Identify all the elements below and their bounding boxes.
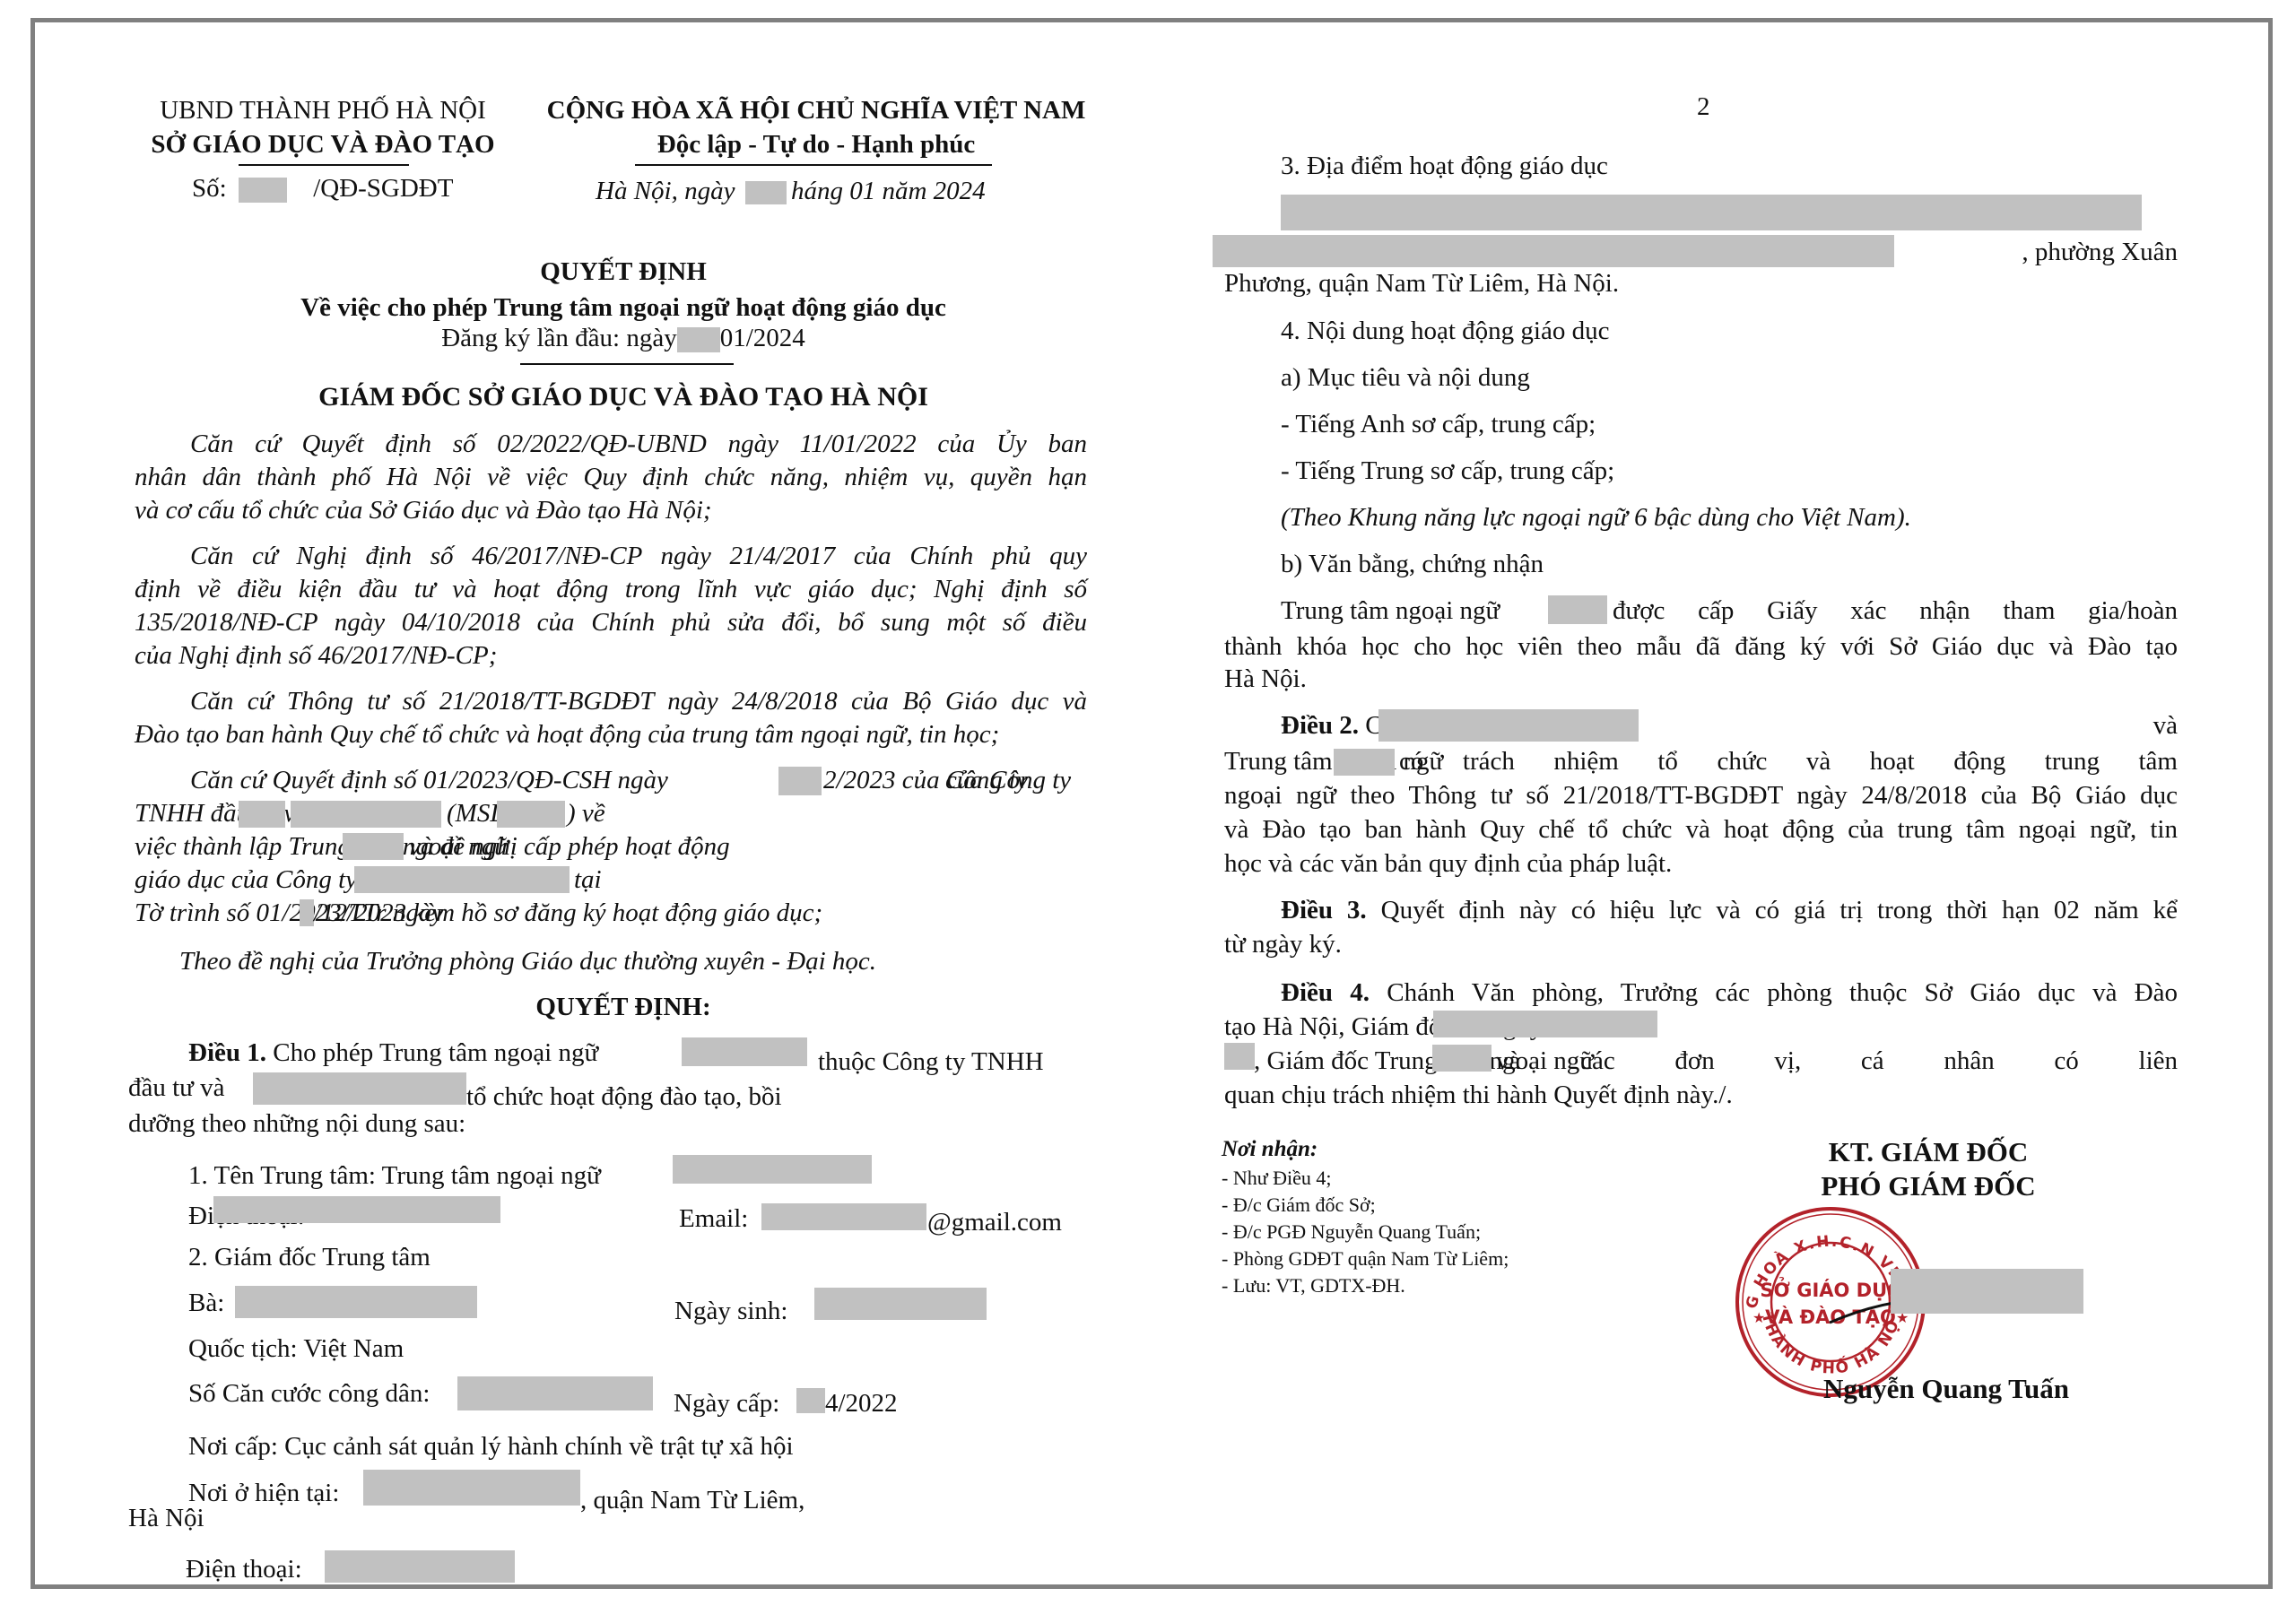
phone-label-2: Điện thoại: [186, 1554, 302, 1584]
cert-text: thành khóa học cho học viên theo mẫu đã … [1224, 631, 2178, 662]
document-number: Số: /QĐ-SGDĐT [192, 173, 453, 204]
redacted-issue-date [796, 1388, 825, 1413]
signature-title-2: PHÓ GIÁM ĐỐC [1758, 1171, 2099, 1202]
content-item: - Tiếng Trung sơ cấp, trung cấp; [1281, 456, 1614, 486]
header-right-underline [635, 164, 992, 166]
article-3-text: từ ngày ký. [1224, 929, 1342, 959]
preamble-p4-text: của Công ty [945, 765, 1071, 795]
preamble-p2-line: Căn cứ Nghị định số 46/2017/NĐ-CP ngày 2… [190, 541, 1087, 571]
center-name-label: 1. Tên Trung tâm: Trung tâm ngoại ngữ [188, 1160, 601, 1191]
redacted-center-name [682, 1037, 807, 1066]
article-4-text: và các đơn vị, cá nhân có liên [1496, 1046, 2178, 1076]
preamble-p3-line: Đào tạo ban hành Quy chế tổ chức và hoạt… [135, 719, 1087, 750]
location-ward: , phường Xuân [1892, 237, 2178, 267]
content-item: - Tiếng Anh sơ cấp, trung cấp; [1281, 409, 1596, 439]
redacted-company [354, 866, 570, 893]
agency-parent: UBND THÀNH PHỐ HÀ NỘI [143, 95, 502, 126]
preamble-p2-line: định về điều kiện đầu tư và hoạt động tr… [135, 574, 1087, 604]
decision-heading: QUYẾT ĐỊNH [143, 256, 1103, 287]
redacted-company [1378, 709, 1639, 742]
header-left-underline [239, 164, 409, 166]
recipient-item: - Đ/c PGĐ Nguyễn Quang Tuấn; [1222, 1219, 1481, 1244]
redacted-company [239, 801, 285, 828]
national-motto: Độc lập - Tự do - Hạnh phúc [529, 129, 1103, 160]
article-2-text: có trách nhiệm tổ chức và hoạt động trun… [1399, 746, 2178, 777]
redacted-center-name [1334, 749, 1395, 776]
preamble-p4-text: /12/2023 kèm hồ sơ đăng ký hoạt động giá… [314, 898, 822, 928]
location-district: Phương, quận Nam Từ Liêm, Hà Nội. [1224, 268, 1619, 299]
authority-title: GIÁM ĐỐC SỞ GIÁO DỤC VÀ ĐÀO TẠO HÀ NỘI [143, 382, 1103, 412]
redacted-center-name [343, 833, 404, 860]
redacted-company [253, 1072, 466, 1105]
redacted-center-name [1432, 1045, 1492, 1072]
redacted-email [761, 1203, 926, 1230]
redacted-date [300, 899, 314, 926]
redacted-phone [213, 1196, 500, 1223]
preamble-p4-text: và đề nghị cấp phép hoạt động [409, 831, 730, 862]
signer-name: Nguyễn Quang Tuấn [1785, 1374, 2108, 1404]
decision-heading-2: QUYẾT ĐỊNH: [143, 992, 1103, 1022]
registration-date: Đăng ký lần đầu: ngày01/2024 [143, 323, 1103, 353]
article-2-text: học và các văn bản quy định của pháp luậ… [1224, 848, 1672, 879]
redacted-company [1224, 1043, 1255, 1070]
preamble-p5: Theo đề nghị của Trưởng phòng Giáo dục t… [179, 946, 876, 976]
national-title: CỘNG HÒA XÃ HỘI CHỦ NGHĨA VIỆT NAM [529, 95, 1103, 126]
preamble-p4-text: ) về [567, 798, 605, 829]
address-city: Hà Nội [128, 1503, 204, 1533]
email-label: Email: [679, 1203, 748, 1234]
redacted-number [239, 178, 287, 203]
recipient-item: - Đ/c Giám đốc Sở; [1222, 1193, 1376, 1217]
recipients-heading: Nơi nhận: [1222, 1137, 1318, 1161]
preamble-p4-line: Căn cứ Quyết định số 01/2023/QĐ-CSH ngày [190, 765, 668, 795]
agency-name: SỞ GIÁO DỤC VÀ ĐÀO TẠO [143, 129, 502, 160]
preamble-p1-line: và cơ cấu tổ chức của Sở Giáo dục và Đào… [135, 495, 712, 525]
redacted-reg-day [677, 327, 720, 352]
preamble-p1-line: Căn cứ Quyết định số 02/2022/QĐ-UBND ngà… [190, 429, 1087, 459]
redacted-dob [814, 1288, 987, 1320]
signature-title-1: KT. GIÁM ĐỐC [1758, 1137, 2099, 1167]
content-heading: 4. Nội dung hoạt động giáo dục [1281, 316, 1609, 346]
article-1-text: thuộc Công ty TNHH [818, 1046, 1044, 1077]
issue-date-value: 4/2022 [825, 1388, 898, 1419]
redacted-tax-id [497, 801, 565, 828]
content-b: b) Văn bằng, chứng nhận [1281, 549, 1544, 579]
issue-place: Nơi cấp: Cục cảnh sát quản lý hành chính… [188, 1431, 794, 1462]
recipient-item: - Lưu: VT, GDTX-ĐH. [1222, 1273, 1405, 1298]
issue-date: Hà Nội, ngày háng 01 năm 2024 [596, 176, 986, 206]
article-2-text: ngoại ngữ theo Thông tư số 21/2018/TT-BG… [1224, 780, 2178, 811]
redacted-day [745, 181, 787, 204]
redacted-company [291, 801, 441, 828]
redacted-location [1213, 235, 1894, 267]
article-3-label: Điều 3. [1281, 896, 1367, 924]
id-label: Số Căn cước công dân: [188, 1378, 430, 1409]
email-domain: @gmail.com [927, 1207, 1062, 1237]
decision-subject: Về việc cho phép Trung tâm ngoại ngữ hoạ… [143, 292, 1103, 323]
article-4-text: quan chịu trách nhiệm thi hành Quyết địn… [1224, 1080, 1733, 1110]
article-2-label: Điều 2. [1281, 711, 1359, 740]
redacted-address [363, 1470, 580, 1506]
article-1-label: Điều 1. [188, 1038, 266, 1067]
article-4-line: Điều 4. Chánh Văn phòng, Trưởng các phòn… [1281, 977, 2178, 1008]
redacted-signature [1891, 1269, 2083, 1314]
cert-text: Trung tâm ngoại ngữ [1281, 595, 1500, 626]
recipient-item: - Phòng GDĐT quận Nam Từ Liêm; [1222, 1246, 1509, 1271]
preamble-p2-line: của Nghị định số 46/2017/NĐ-CP; [135, 640, 497, 671]
preamble-p2-line: 135/2018/NĐ-CP ngày 04/10/2018 của Chính… [135, 607, 1087, 638]
redacted-center-name [673, 1155, 872, 1184]
article-1-line: Điều 1. Cho phép Trung tâm ngoại ngữ [188, 1037, 598, 1068]
article-1-text: tổ chức hoạt động đào tạo, bồi [466, 1081, 782, 1112]
framework-note: (Theo Khung năng lực ngoại ngữ 6 bậc dùn… [1281, 502, 1911, 533]
preamble-p1-line: nhân dân thành phố Hà Nội về việc Quy đị… [135, 462, 1087, 492]
nationality: Quốc tịch: Việt Nam [188, 1333, 404, 1364]
page-number: 2 [1697, 91, 1710, 122]
dob-label: Ngày sinh: [674, 1296, 787, 1326]
content-a: a) Mục tiêu và nội dung [1281, 362, 1530, 393]
redacted-company [1433, 1011, 1657, 1037]
redacted-director-name [235, 1286, 477, 1318]
recipient-item: - Như Điều 4; [1222, 1166, 1332, 1190]
article-4-label: Điều 4. [1281, 978, 1370, 1007]
director-heading: 2. Giám đốc Trung tâm [188, 1242, 430, 1272]
svg-text:★: ★ [1752, 1311, 1765, 1326]
redacted-id-number [457, 1376, 653, 1410]
article-2-text: và [1648, 710, 2178, 741]
issue-date-label: Ngày cấp: [674, 1388, 779, 1419]
redacted-phone [325, 1550, 515, 1583]
preamble-p4-text: tại [574, 864, 602, 895]
title-underline [520, 363, 734, 365]
article-1-text: dưỡng theo những nội dung sau: [128, 1108, 465, 1139]
location-heading: 3. Địa điểm hoạt động giáo dục [1281, 151, 1608, 181]
address-label: Nơi ở hiện tại: [188, 1478, 339, 1508]
cert-text: được cấp Giấy xác nhận tham gia/hoàn [1613, 595, 2178, 626]
redacted-center-name [1548, 595, 1607, 624]
redacted-location [1281, 195, 2142, 230]
article-2-text: và Đào tạo ban hành Quy chế tổ chức và h… [1224, 814, 2178, 845]
preamble-p3-line: Căn cứ Thông tư số 21/2018/TT-BGDĐT ngày… [190, 686, 1087, 716]
director-label: Bà: [188, 1288, 224, 1318]
cert-text: Hà Nội. [1224, 664, 1307, 694]
redacted-date [778, 767, 822, 795]
article-1-text: đầu tư và [128, 1072, 225, 1103]
article-3-line: Điều 3. Quyết định này có hiệu lực và có… [1281, 895, 2178, 925]
address-district: , quận Nam Từ Liêm, [580, 1485, 804, 1515]
